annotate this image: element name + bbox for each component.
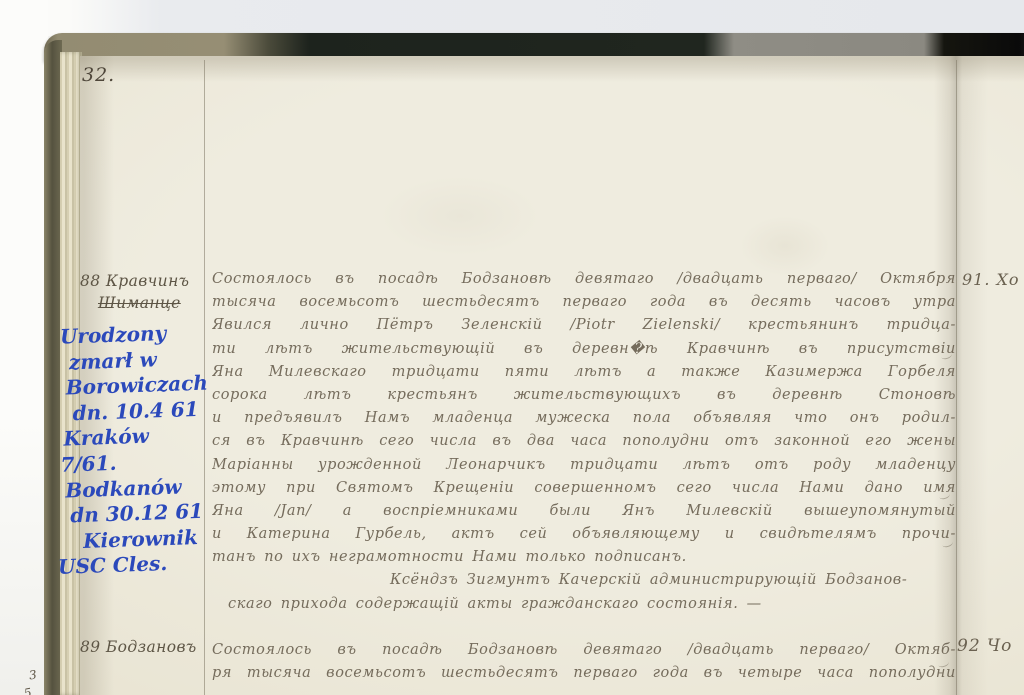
paper-stain bbox=[740, 216, 830, 276]
manuscript-line: сорока лѣтъ крестьянъ жительствующихъ въ… bbox=[212, 384, 956, 407]
paper-stain bbox=[380, 176, 540, 256]
manuscript-line: и Катерина Гурбель, актъ сей объявляющем… bbox=[212, 523, 956, 546]
scanned-registry-page: 32. 88 Кравчинъ Шиманце Urodzony zmarł w… bbox=[0, 0, 1024, 695]
manuscript-line: Явился лично Пётръ Зеленскій /Piotr Ziel… bbox=[212, 314, 956, 337]
manuscript-line: ря тысяча восемьсотъ шестьдесятъ перваго… bbox=[212, 662, 956, 685]
scanner-background-left bbox=[0, 0, 48, 695]
manuscript-line: Яна Милевскаго тридцати пяти лѣтъ а такж… bbox=[212, 361, 956, 384]
entry-88-margin-title: Кравчинъ bbox=[106, 272, 190, 290]
manuscript-line: тысяча восемьсотъ шестьдесятъ перваго го… bbox=[212, 291, 956, 314]
entry-88-signature-line: Ксёндзъ Зигмунтъ Качерскій администрирую… bbox=[212, 569, 956, 592]
entry-88-body: Состоялось въ посадѣ Бодзановѣ девятаго … bbox=[212, 268, 956, 616]
page-edge-digit: 3 bbox=[28, 668, 38, 683]
entry-89-body: Состоялось въ посадѣ Бодзановѣ девятаго … bbox=[212, 639, 956, 685]
manuscript-line: Состоялось въ посадѣ Бодзановѣ девятаго … bbox=[212, 639, 956, 662]
manuscript-line: Яна /Jan/ а воспріемниками были Янъ Миле… bbox=[212, 500, 956, 523]
entry-88-margin-struck-word: Шиманце bbox=[80, 292, 206, 314]
manuscript-line: и предъявилъ Намъ младенца мужеска пола … bbox=[212, 407, 956, 430]
margin-rule-right bbox=[956, 60, 957, 695]
manuscript-line: Маріанны урожденной Леонарчикъ тридцати … bbox=[212, 454, 956, 477]
blue-ink-annotation: Urodzony zmarł w Borowiczach dn. 10.4 61… bbox=[50, 319, 227, 581]
entry-88-signature-line: скаго прихода содержащій акты гражданска… bbox=[212, 593, 956, 616]
manuscript-line: ти лѣтъ жительствующій въ деревн�ѣ Кравч… bbox=[212, 338, 956, 361]
manuscript-line: ся въ Кравчинѣ сего числа въ два часа по… bbox=[212, 430, 956, 453]
folio-number: 32. bbox=[82, 64, 115, 86]
entry-89-number: 89 bbox=[80, 638, 101, 656]
entry-88-margin: 88 Кравчинъ Шиманце bbox=[80, 270, 206, 314]
scanner-background-top bbox=[0, 0, 1024, 36]
entry-89-margin-title: Бодзановъ bbox=[106, 638, 197, 656]
next-page-entry-92-fragment: 92 Чо bbox=[957, 636, 1012, 656]
entry-88-number: 88 bbox=[80, 272, 101, 290]
manuscript-line: Состоялось въ посадѣ Бодзановѣ девятаго … bbox=[212, 268, 956, 291]
next-page-entry-91-fragment: 91. Хо bbox=[962, 270, 1020, 289]
entry-89-margin: 89 Бодзановъ bbox=[80, 636, 206, 658]
manuscript-line: танъ по ихъ неграмотности Нами только по… bbox=[212, 546, 956, 569]
manuscript-line: этому при Святомъ Крещеніи совершенномъ … bbox=[212, 477, 956, 500]
